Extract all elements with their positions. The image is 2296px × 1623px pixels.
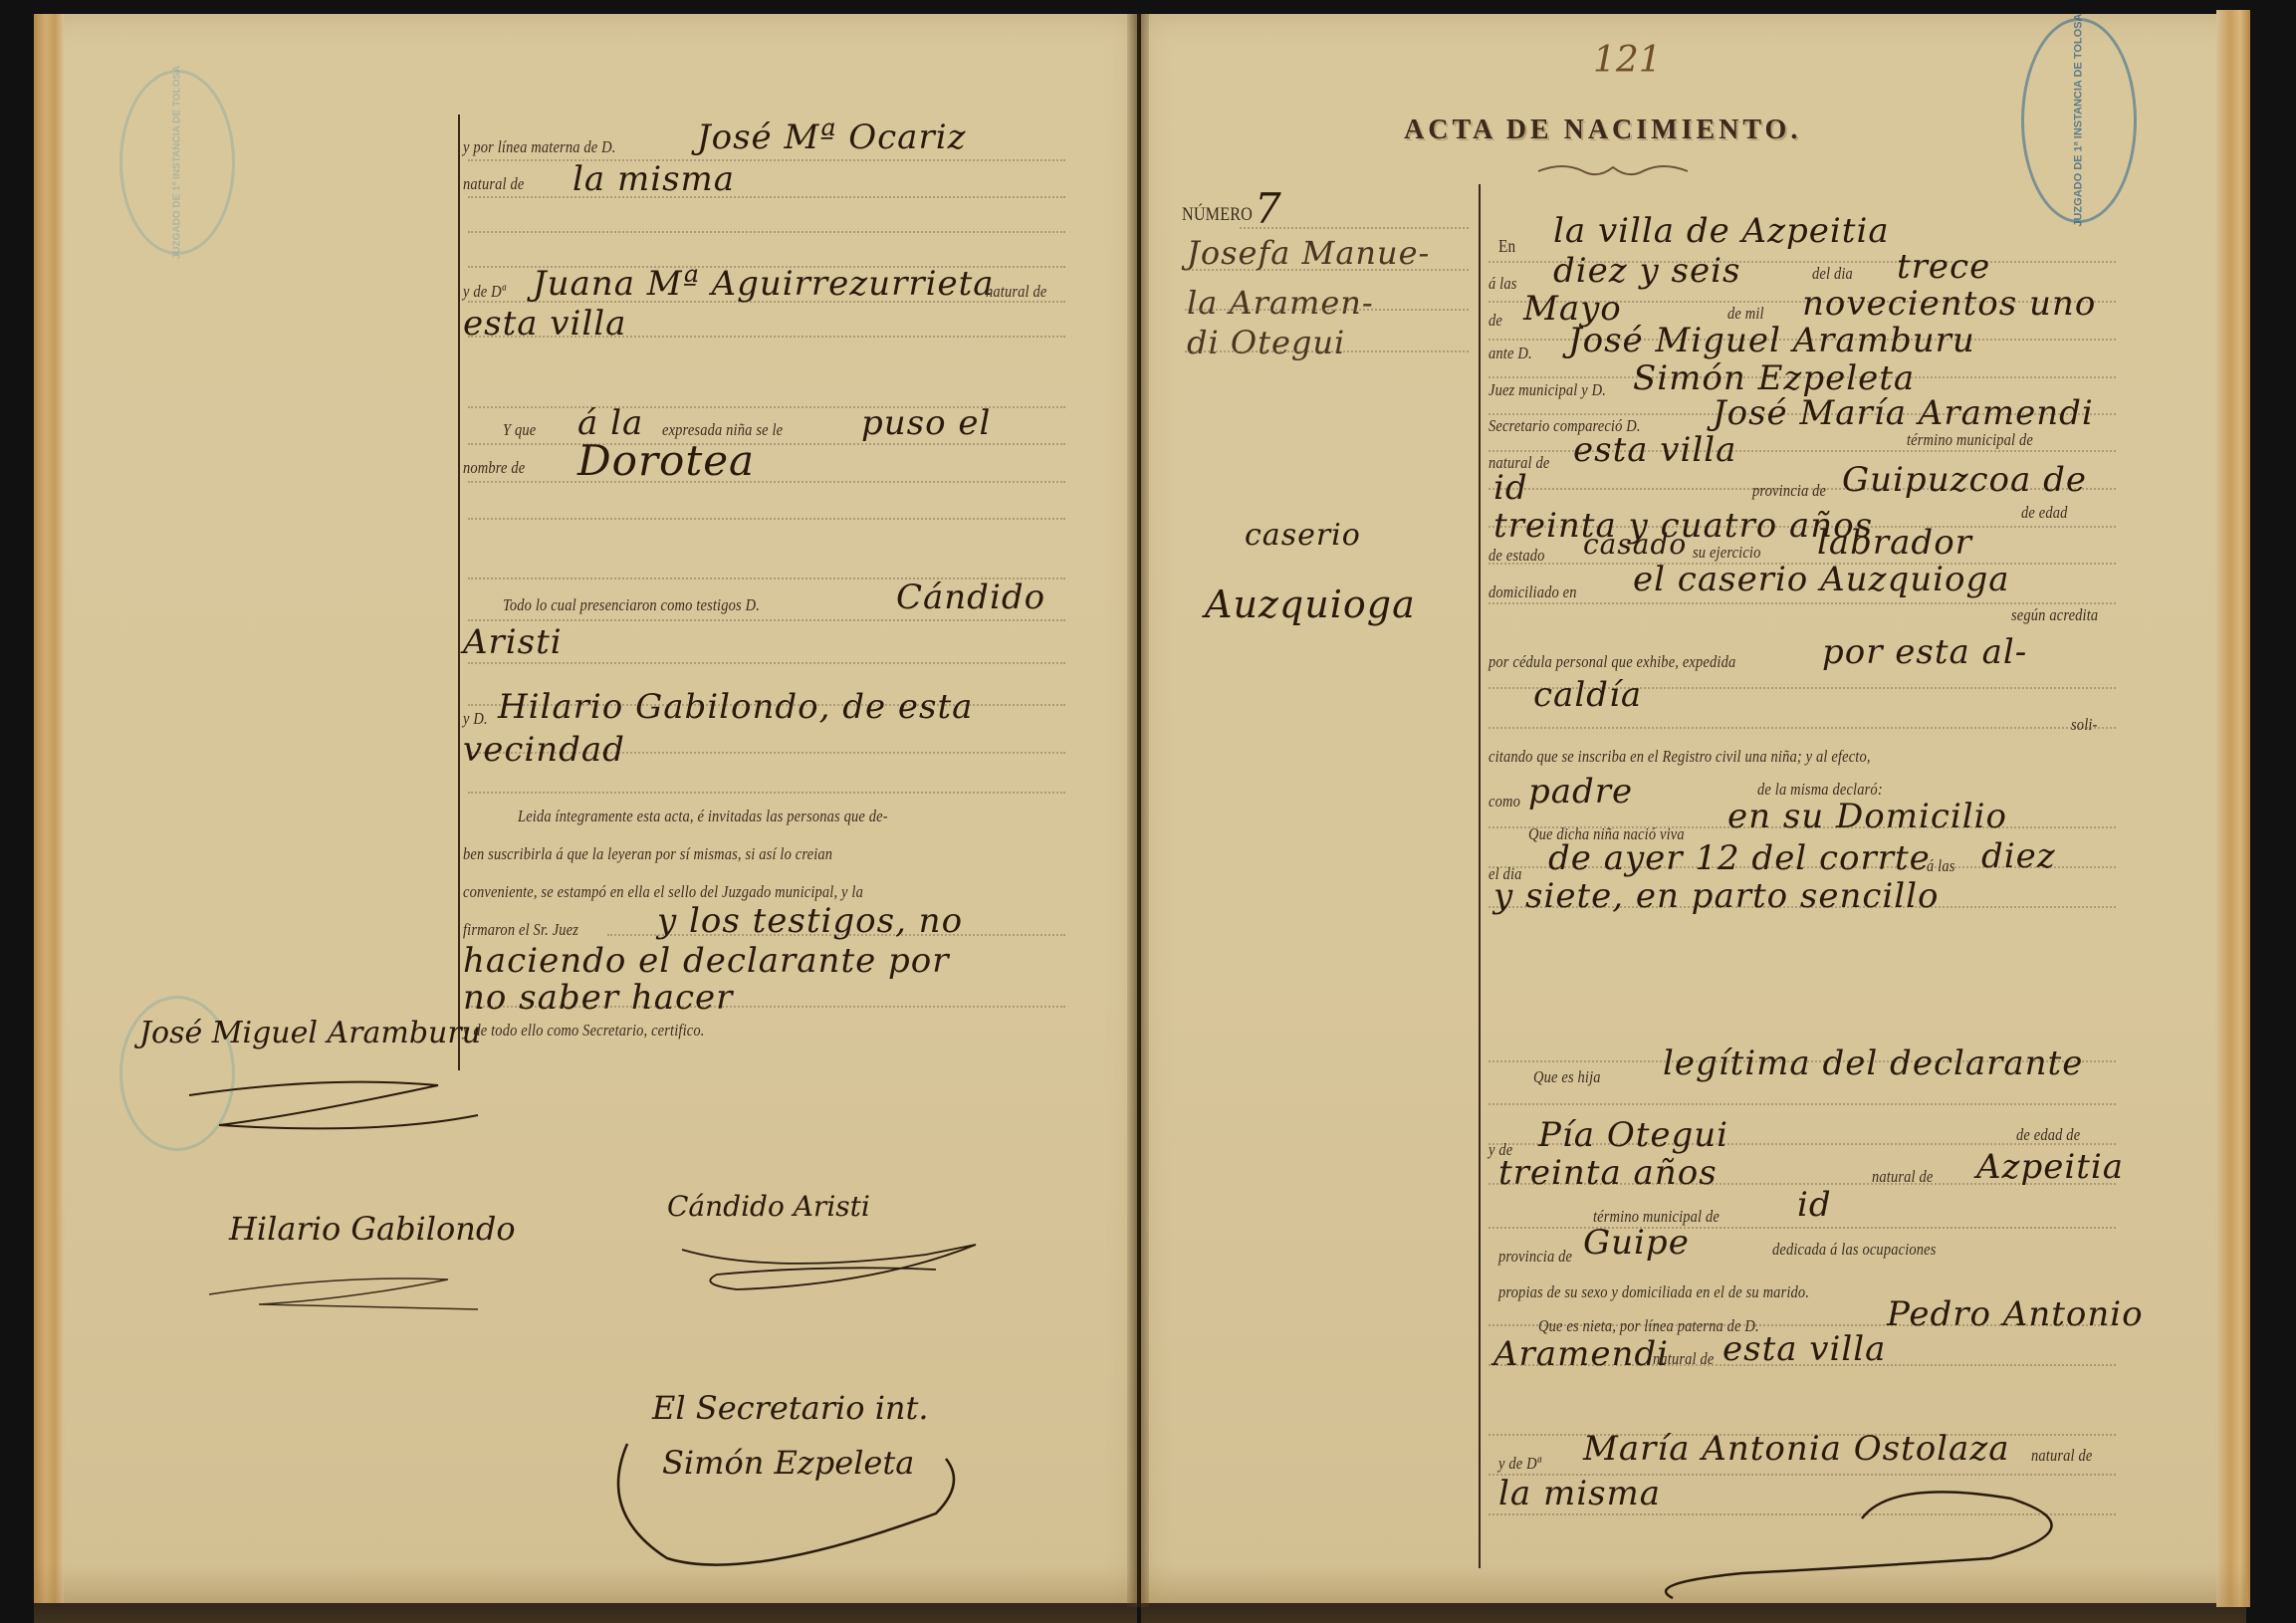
handwritten-entry: id bbox=[1797, 1185, 1832, 1225]
handwritten-entry: caldía bbox=[1533, 675, 1642, 715]
printed-label: á las bbox=[1927, 856, 1955, 876]
handwritten-entry: José Mª Ocariz bbox=[697, 117, 966, 157]
printed-label: natural de bbox=[1872, 1167, 1934, 1187]
left-page-edges bbox=[34, 14, 64, 1603]
handwritten-entry: esta villa bbox=[1573, 430, 1736, 470]
witness-2-flourish bbox=[677, 1235, 996, 1304]
handwritten-entry: Juana Mª Aguirrezurrieta bbox=[533, 264, 995, 304]
handwritten-entry: Azpeitia bbox=[1976, 1147, 2124, 1187]
guide-line bbox=[468, 518, 1065, 520]
court-stamp: JUZGADO DE 1ª INSTANCIA DE TOLOSA bbox=[2021, 18, 2137, 223]
margin-place-label: caserio bbox=[1245, 518, 1361, 553]
handwritten-entry: en su Domicilio bbox=[1727, 797, 2007, 836]
witness-signature-2: Cándido Aristi bbox=[667, 1190, 870, 1223]
handwritten-entry: no saber hacer bbox=[463, 978, 733, 1018]
secretary-flourish bbox=[607, 1434, 1006, 1583]
guide-line bbox=[468, 443, 1065, 445]
printed-label: Todo lo cual presenciaron como testigos … bbox=[503, 595, 760, 615]
handwritten-entry: Guipe bbox=[1583, 1223, 1690, 1263]
printed-label: dedicada á las ocupaciones bbox=[1772, 1240, 1937, 1260]
printed-label: según acredita bbox=[2011, 605, 2098, 625]
printed-label: citando que se inscriba en el Registro c… bbox=[1489, 747, 1871, 767]
guide-line bbox=[1489, 727, 2116, 729]
handwritten-entry: padre bbox=[1528, 772, 1633, 811]
handwritten-entry: diez bbox=[1981, 836, 2056, 876]
handwritten-entry: Aristi bbox=[463, 622, 563, 662]
stamp-left-text: JUZGADO DE 1ª INSTANCIA DE TOLOSA bbox=[171, 66, 183, 260]
stamp-left-faint: JUZGADO DE 1ª INSTANCIA DE TOLOSA bbox=[119, 70, 235, 255]
handwritten-entry: diez y seis bbox=[1553, 251, 1740, 291]
guide-line bbox=[1489, 1103, 2116, 1105]
printed-label: En bbox=[1498, 236, 1515, 257]
handwritten-entry: casado bbox=[1583, 528, 1687, 561]
printed-label: natural de bbox=[463, 174, 525, 194]
closing-text-line: Leida íntegramente esta acta, é invitada… bbox=[518, 807, 888, 826]
guide-line bbox=[468, 662, 1065, 664]
handwritten-entry: vecindad bbox=[463, 730, 625, 770]
closing-text-line: ben suscribirla á que la leyeran por sí … bbox=[463, 844, 832, 864]
judge-flourish bbox=[179, 1055, 508, 1145]
printed-label: natural de bbox=[986, 282, 1047, 302]
child-name: Dorotea bbox=[577, 436, 755, 485]
guide-line bbox=[468, 231, 1065, 233]
guide-line bbox=[468, 159, 1065, 161]
printed-label: domiciliado en bbox=[1489, 582, 1577, 602]
guide-line bbox=[1185, 309, 1469, 311]
margin-name-line: la Aramen- bbox=[1187, 284, 1374, 322]
closing-text-line: conveniente, se estampó en ella el sello… bbox=[463, 882, 863, 902]
numero-label: NÚMERO bbox=[1182, 204, 1253, 226]
record-number: 7 bbox=[1255, 184, 1282, 233]
printed-label: de estado bbox=[1489, 546, 1545, 566]
open-registry-book: JUZGADO DE 1ª INSTANCIA DE TOLOSA JUZGAD… bbox=[0, 0, 2296, 1623]
handwritten-entry: id bbox=[1493, 468, 1528, 508]
handwritten-entry: haciendo el declarante por bbox=[463, 941, 950, 981]
handwritten-entry: puso el bbox=[861, 403, 991, 443]
guide-line bbox=[468, 481, 1065, 483]
title-ornament bbox=[1533, 159, 1693, 183]
printed-label: por cédula personal que exhibe, expedida bbox=[1489, 652, 1735, 672]
margin-name-line: di Otegui bbox=[1187, 324, 1345, 361]
handwritten-entry: Hilario Gabilondo, de esta bbox=[498, 687, 973, 727]
handwritten-entry: novecientos uno bbox=[1802, 284, 2096, 324]
court-stamp-text: JUZGADO DE 1ª INSTANCIA DE TOLOSA bbox=[2072, 14, 2085, 227]
guide-line bbox=[1489, 602, 2116, 604]
witness-1-flourish bbox=[199, 1265, 498, 1314]
guide-line bbox=[468, 619, 1065, 621]
handwritten-entry: Cándido bbox=[896, 578, 1045, 617]
printed-label: Que es hija bbox=[1533, 1067, 1601, 1087]
handwritten-entry: legítima del declarante bbox=[1663, 1043, 2083, 1083]
printed-label: de edad de bbox=[2016, 1125, 2080, 1145]
handwritten-entry: Simón Ezpeleta bbox=[1633, 358, 1915, 398]
judge-signature: José Miguel Aramburu bbox=[139, 1016, 481, 1050]
guide-line bbox=[468, 196, 1065, 198]
folio-number: 121 bbox=[1593, 40, 1662, 81]
handwritten-entry: y los testigos, no bbox=[657, 901, 963, 941]
printed-label: Juez municipal y D. bbox=[1489, 380, 1606, 400]
handwritten-entry: treinta años bbox=[1498, 1153, 1718, 1193]
printed-label: á las bbox=[1489, 274, 1517, 294]
handwritten-entry: Guipuzcoa de bbox=[1842, 460, 2087, 500]
printed-label: de bbox=[1489, 311, 1502, 331]
witness-signature-1: Hilario Gabilondo bbox=[229, 1210, 516, 1248]
page-title: ACTA DE NACIMIENTO. bbox=[1404, 115, 1801, 146]
printed-label: término municipal de bbox=[1907, 430, 2033, 450]
handwritten-entry: de ayer 12 del corrte bbox=[1548, 838, 1931, 878]
printed-label: natural de bbox=[2031, 1446, 2093, 1466]
handwritten-entry: trece bbox=[1897, 247, 1990, 287]
printed-label: nombre de bbox=[463, 458, 525, 478]
printed-label: propias de su sexo y domiciliada en el d… bbox=[1498, 1282, 1809, 1302]
handwritten-entry: José María Aramendi bbox=[1713, 393, 2094, 433]
right-page-edges bbox=[2216, 10, 2250, 1607]
book-gutter bbox=[1127, 14, 1149, 1607]
handwritten-entry: el caserio Auzquioga bbox=[1633, 560, 2010, 599]
printed-label: ante D. bbox=[1489, 344, 1532, 363]
certify-line: y de todo ello como Secretario, certific… bbox=[463, 1021, 705, 1041]
handwritten-entry: esta villa bbox=[463, 304, 626, 344]
printed-label: y D. bbox=[463, 709, 488, 729]
printed-label: del dia bbox=[1812, 264, 1853, 284]
printed-label: Y que bbox=[503, 420, 536, 440]
printed-label: provincia de bbox=[1498, 1247, 1572, 1267]
handwritten-entry: Aramendi bbox=[1493, 1334, 1669, 1374]
printed-label: y por línea materna de D. bbox=[463, 137, 616, 157]
handwritten-entry: esta villa bbox=[1722, 1329, 1886, 1369]
margin-place-value: Auzquioga bbox=[1205, 582, 1416, 626]
guide-line bbox=[1185, 350, 1469, 352]
printed-label: y de Dª bbox=[463, 282, 506, 302]
left-margin-rule bbox=[458, 115, 460, 1070]
handwritten-entry: y siete, en parto sencillo bbox=[1493, 876, 1940, 916]
handwritten-entry: Pía Otegui bbox=[1538, 1115, 1728, 1155]
handwritten-entry: José Miguel Aramburu bbox=[1568, 321, 1975, 360]
printed-label: como bbox=[1489, 792, 1520, 811]
printed-label: provincia de bbox=[1752, 481, 1826, 501]
guide-line bbox=[1240, 227, 1469, 229]
right-margin-rule bbox=[1479, 184, 1481, 1568]
margin-name-line: Josefa Manue- bbox=[1187, 234, 1430, 272]
printed-label: natural de bbox=[1653, 1349, 1715, 1369]
printed-label: y de Dª bbox=[1498, 1454, 1541, 1474]
handwritten-entry: María Antonia Ostolaza bbox=[1583, 1429, 2010, 1469]
handwritten-entry: la misma bbox=[573, 159, 735, 199]
handwritten-entry: labrador bbox=[1817, 523, 1972, 563]
secretary-title-signature: El Secretario int. bbox=[652, 1389, 929, 1427]
handwritten-entry: por esta al- bbox=[1822, 632, 2027, 672]
guide-line bbox=[1185, 269, 1469, 271]
printed-label: de edad bbox=[2021, 503, 2068, 523]
printed-label: soli- bbox=[2071, 715, 2098, 735]
guide-line bbox=[468, 792, 1065, 794]
handwritten-entry: Pedro Antonio bbox=[1887, 1294, 2144, 1334]
handwritten-entry: la villa de Azpeitia bbox=[1553, 211, 1890, 251]
closing-text-line: firmaron el Sr. Juez bbox=[463, 920, 578, 940]
closing-flourish bbox=[1593, 1474, 2111, 1603]
